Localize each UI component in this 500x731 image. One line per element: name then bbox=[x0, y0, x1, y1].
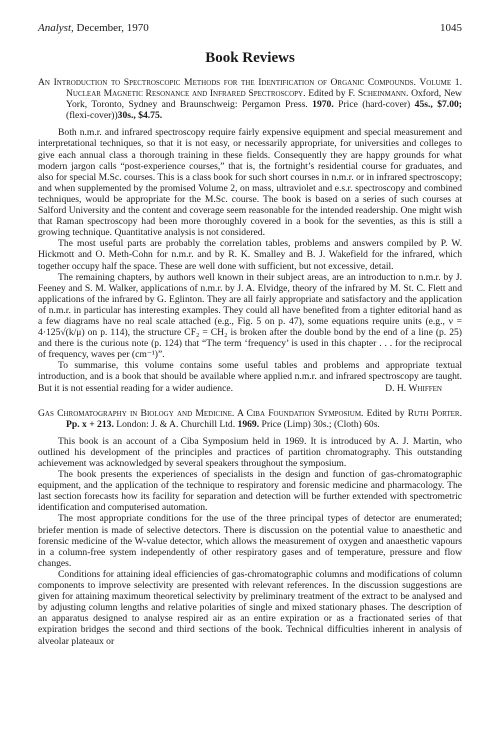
page-number: 1045 bbox=[440, 22, 462, 34]
journal-name: Analyst, bbox=[38, 22, 74, 34]
edited-by-label: Edited by bbox=[308, 88, 345, 99]
price: Price (Limp) 30s.; (Cloth) 60s. bbox=[262, 419, 380, 430]
review-paragraph: The most appropriate conditions for the … bbox=[38, 513, 462, 568]
review-paragraph: To summarise, this volume contains some … bbox=[38, 360, 462, 393]
book-editor: Ruth Porter. bbox=[408, 408, 462, 419]
review-spectroscopic-methods: An Introduction to Spectroscopic Methods… bbox=[38, 77, 462, 394]
book-editor: F. Scheinmann. bbox=[348, 88, 408, 99]
journal-page: Analyst, December, 1970 1045 Book Review… bbox=[38, 22, 462, 647]
review-separator bbox=[38, 394, 462, 408]
book-citation: Gas Chromatography in Biology and Medici… bbox=[38, 408, 462, 430]
review-paragraph: This book is an account of a Ciba Sympos… bbox=[38, 436, 462, 469]
page-count: Pp. x + 213. bbox=[66, 419, 114, 430]
publication-year: 1969. bbox=[238, 419, 260, 430]
edited-by-label: Edited by bbox=[367, 408, 405, 419]
price-flexi-cover: 30s., $4.75. bbox=[118, 110, 163, 121]
issue-date: December, 1970 bbox=[77, 22, 149, 34]
book-title: Gas Chromatography in Biology and Medici… bbox=[38, 408, 363, 419]
review-paragraph: The book presents the experiences of spe… bbox=[38, 469, 462, 513]
review-paragraph: The most useful parts are probably the c… bbox=[38, 238, 462, 271]
price-label: Price (hard-cover) bbox=[338, 99, 410, 110]
price-flexi-label: (flexi-cover)) bbox=[66, 110, 118, 121]
publisher: London: J. & A. Churchill Ltd. bbox=[116, 419, 235, 430]
publication-year: 1970. bbox=[312, 99, 334, 110]
reviewer-signature: D. H. Whiffen bbox=[365, 383, 462, 394]
review-gas-chromatography: Gas Chromatography in Biology and Medici… bbox=[38, 408, 462, 647]
review-paragraph: The remaining chapters, by authors well … bbox=[38, 272, 462, 361]
journal-citation: Analyst, December, 1970 bbox=[38, 22, 149, 34]
book-citation: An Introduction to Spectroscopic Methods… bbox=[38, 77, 462, 121]
running-head: Analyst, December, 1970 1045 bbox=[38, 22, 462, 38]
price-hard-cover: 45s., $7.00; bbox=[415, 99, 462, 110]
review-paragraph: Conditions for attaining ideal efficienc… bbox=[38, 569, 462, 647]
review-paragraph: Both n.m.r. and infrared spectroscopy re… bbox=[38, 127, 462, 238]
section-title: Book Reviews bbox=[38, 50, 462, 67]
